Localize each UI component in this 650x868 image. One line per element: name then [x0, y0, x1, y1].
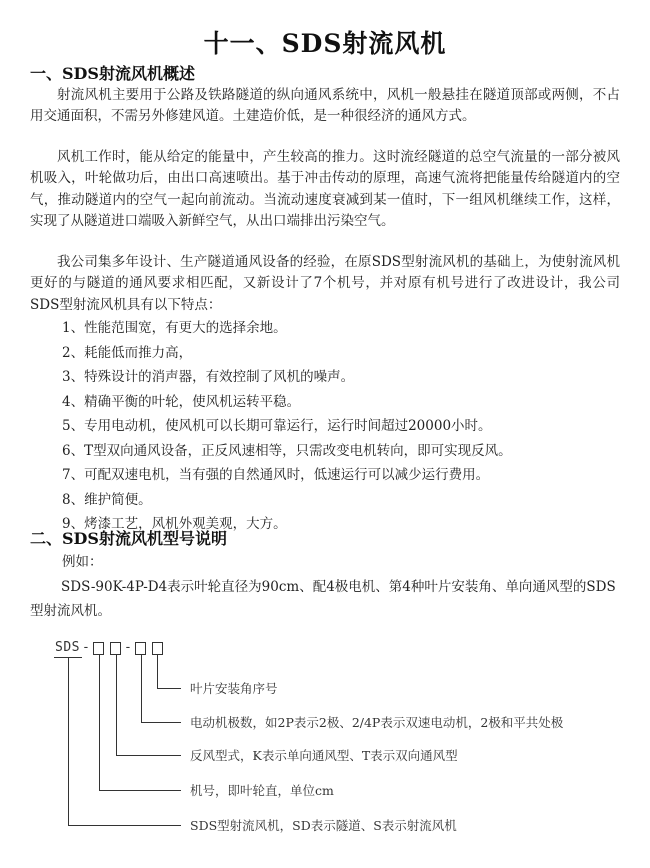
- code-box-type: [110, 642, 121, 655]
- code-box-poles: [135, 642, 146, 655]
- leader-line: [68, 825, 181, 826]
- leader-line: [116, 655, 117, 756]
- code-box-size: [93, 642, 104, 655]
- code-box-angle: [152, 642, 163, 655]
- feature-item: 7、可配双速电机，当有强的自然通风时，低速运行可以减少运行费用。: [62, 463, 512, 488]
- code-prefix: SDS: [55, 640, 80, 655]
- feature-item: 8、维护简便。: [62, 488, 512, 513]
- paragraph-overview: 射流风机主要用于公路及铁路隧道的纵向通风系统中，风机一般悬挂在隧道顶部或两侧，不…: [30, 85, 620, 128]
- feature-list: 1、性能范围宽，有更大的选择余地。 2、耗能低而推力高， 3、特殊设计的消声器，…: [62, 316, 512, 537]
- paragraph-operation: 风机工作时，能从给定的能量中，产生较高的推力。这时流经隧道的总空气流量的一部分被…: [30, 147, 620, 233]
- section-1-heading: 一、SDS射流风机概述: [30, 61, 195, 84]
- label-machine-size: 机号，即叶轮直，单位cm: [190, 781, 334, 799]
- feature-item: 3、特殊设计的消声器，有效控制了风机的噪声。: [62, 365, 512, 390]
- code-separator: -: [124, 640, 132, 655]
- page-title: 十一、SDS射流风机: [0, 24, 650, 60]
- section-2-heading: 二、SDS射流风机型号说明: [30, 526, 227, 549]
- leader-line: [141, 722, 181, 723]
- leader-line: [68, 657, 69, 826]
- leader-line: [116, 755, 181, 756]
- label-reverse-type: 反风型式，K表示单向通风型、T表示双向通风型: [190, 746, 458, 764]
- leader-line: [141, 655, 142, 723]
- leader-line: [99, 790, 181, 791]
- label-blade-angle: 叶片安装角序号: [190, 679, 278, 697]
- feature-item: 1、性能范围宽，有更大的选择余地。: [62, 316, 512, 341]
- example-label: 例如：: [62, 550, 103, 570]
- feature-item: 6、T型双向通风设备，正反风速相等，只需改变电机转向，即可实现反风。: [62, 439, 512, 464]
- feature-item: 2、耗能低而推力高，: [62, 341, 512, 366]
- leader-line: [99, 655, 100, 791]
- label-motor-poles: 电动机极数，如2P表示2极、2/4P表示双速电动机，2极和平共处极: [190, 713, 563, 731]
- prefix-underline: [54, 657, 82, 658]
- code-separator: -: [82, 640, 90, 655]
- leader-line: [157, 655, 158, 689]
- label-sds-type: SDS型射流风机，SD表示隧道、S表示射流风机: [190, 816, 457, 834]
- feature-item: 5、专用电动机，使风机可以长期可靠运行，运行时间超过20000小时。: [62, 414, 512, 439]
- example-text: SDS-90K-4P-D4表示叶轮直径为90cm、配4极电机、第4种叶片安装角、…: [30, 575, 620, 623]
- feature-item: 4、精确平衡的叶轮，使风机运转平稳。: [62, 390, 512, 415]
- leader-line: [157, 688, 181, 689]
- paragraph-company: 我公司集多年设计、生产隧道通风设备的经验，在原SDS型射流风机的基础上，为使射流…: [30, 252, 620, 317]
